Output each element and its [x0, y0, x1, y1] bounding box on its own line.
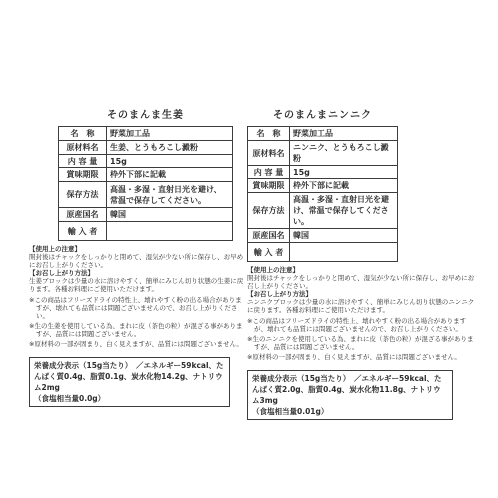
table-row: 輸 入 者: [248, 243, 398, 262]
table-row: 内 容 量 15g: [248, 166, 398, 179]
spec-value: 野菜加工品: [107, 127, 233, 141]
table-row: 賞味期限 枠外下部に記載: [248, 179, 398, 193]
caution-list: ※この商品はフリーズドライの特性上、壊れやすく粉の出る場合がありますが、壊れても…: [29, 297, 248, 348]
table-row: 保存方法 高温・多湿・直射日光を避け、常温で保存してください。: [59, 182, 233, 208]
spec-label: 原材料名: [248, 141, 290, 166]
caution-item: ※生の生姜を使用している為、まれに皮（茶色の粒）が混ざる事がありますが、品質には…: [29, 323, 248, 339]
spec-value: 韓国: [290, 229, 398, 243]
product-panel-ginger: そのまんま生姜 名 称 野菜加工品 原材料名 生姜、とうもろこし澱粉 内 容 量…: [29, 106, 248, 407]
table-row: 内 容 量 15g: [59, 155, 233, 168]
usage-notes: 【使用上の注意】 開封後はチャックをしっかりと閉めて、湿気が少ない所に保存し、お…: [247, 267, 475, 362]
spec-value: 野菜加工品: [290, 127, 398, 141]
spec-value: 高温・多湿・直射日光を避け、常温で保存してください。: [107, 182, 233, 208]
spec-value: ニンニク、とうもろこし澱粉: [290, 141, 398, 166]
table-row: 保存方法 高温・多湿・直射日光を避け、常温で保存してください。: [248, 193, 398, 229]
table-row: 輸 入 者: [59, 222, 233, 241]
nutrition-facts-box: 栄養成分表示（15g当たり） ／エネルギー59kcal、たんぱく質0.4g、脂質…: [29, 357, 230, 407]
spec-value: [107, 222, 233, 241]
table-row: 原材料名 ニンニク、とうもろこし澱粉: [248, 141, 398, 166]
caution-item: ※この商品はフリーズドライの特性上、壊れやすく粉の出る場合がありますが、壊れても…: [247, 318, 475, 334]
spec-label: 保存方法: [248, 193, 290, 229]
spec-value: [290, 243, 398, 262]
usage-text: 開封後はチャックをしっかりと閉めて、湿気が少ない所に保存し、お早めにお召し上がり…: [247, 275, 475, 291]
spec-label: 輸 入 者: [59, 222, 107, 241]
spec-value: 枠外下部に記載: [290, 179, 398, 193]
spec-label: 名 称: [59, 127, 107, 141]
caution-item: ※この商品はフリーズドライの特性上、壊れやすく粉の出る場合がありますが、壊れても…: [29, 297, 248, 321]
nutrition-facts-box: 栄養成分表示（15g当たり） ／エネルギー59kcal、たんぱく質2.0g、脂質…: [247, 370, 453, 420]
spec-label: 原材料名: [59, 141, 107, 155]
spec-label: 原産国名: [248, 229, 290, 243]
table-row: 名 称 野菜加工品: [248, 127, 398, 141]
table-row: 名 称 野菜加工品: [59, 127, 233, 141]
spec-value: 15g: [290, 166, 398, 179]
table-row: 原産国名 韓国: [59, 208, 233, 222]
spec-value: 生姜、とうもろこし澱粉: [107, 141, 233, 155]
spec-label: 保存方法: [59, 182, 107, 208]
caution-item: ※生のニンニクを使用している為、まれに皮（茶色の粒）が混ざる事がありますが、品質…: [247, 336, 475, 352]
spec-label: 賞味期限: [59, 168, 107, 182]
method-text: ニンニクブロックは少量の水に溶けやすく、簡単にみじん切り状態のニンニクに戻ります…: [247, 299, 475, 315]
spec-table: 名 称 野菜加工品 原材料名 生姜、とうもろこし澱粉 内 容 量 15g 賞味期…: [58, 126, 233, 241]
product-panel-garlic: そのまんまニンニク 名 称 野菜加工品 原材料名 ニンニク、とうもろこし澱粉 内…: [247, 106, 475, 420]
spec-label: 内 容 量: [248, 166, 290, 179]
method-text: 生姜ブロックは少量の水に溶けやすく、簡単にみじん切り状態の生姜に戻ります。各種お…: [29, 278, 248, 294]
caution-item: ※原材料の一部が固まり、白く見えますが、品質には問題ございません。: [29, 341, 248, 349]
caution-list: ※この商品はフリーズドライの特性上、壊れやすく粉の出る場合がありますが、壊れても…: [247, 318, 475, 362]
spec-label: 原産国名: [59, 208, 107, 222]
usage-text: 開封後はチャックをしっかりと閉めて、湿気が少ない所に保存し、お早めにお召し上がり…: [29, 254, 248, 270]
caution-item: ※原材料の一部が固まり、白く見えますが、品質には問題ございません。: [247, 354, 475, 362]
spec-table: 名 称 野菜加工品 原材料名 ニンニク、とうもろこし澱粉 内 容 量 15g 賞…: [247, 126, 398, 262]
usage-notes: 【使用上の注意】 開封後はチャックをしっかりと閉めて、湿気が少ない所に保存し、お…: [29, 246, 248, 349]
product-title: そのまんま生姜: [58, 106, 233, 121]
table-row: 原産国名 韓国: [248, 229, 398, 243]
table-row: 賞味期限 枠外下部に記載: [59, 168, 233, 182]
product-title: そのまんまニンニク: [247, 106, 398, 121]
spec-label: 内 容 量: [59, 155, 107, 168]
spec-label: 賞味期限: [248, 179, 290, 193]
spec-label: 名 称: [248, 127, 290, 141]
label-sheet: そのまんま生姜 名 称 野菜加工品 原材料名 生姜、とうもろこし澱粉 内 容 量…: [0, 0, 498, 498]
table-row: 原材料名 生姜、とうもろこし澱粉: [59, 141, 233, 155]
spec-value: 韓国: [107, 208, 233, 222]
spec-value: 枠外下部に記載: [107, 168, 233, 182]
spec-value: 15g: [107, 155, 233, 168]
spec-value: 高温・多湿・直射日光を避け、常温で保存してください。: [290, 193, 398, 229]
spec-label: 輸 入 者: [248, 243, 290, 262]
